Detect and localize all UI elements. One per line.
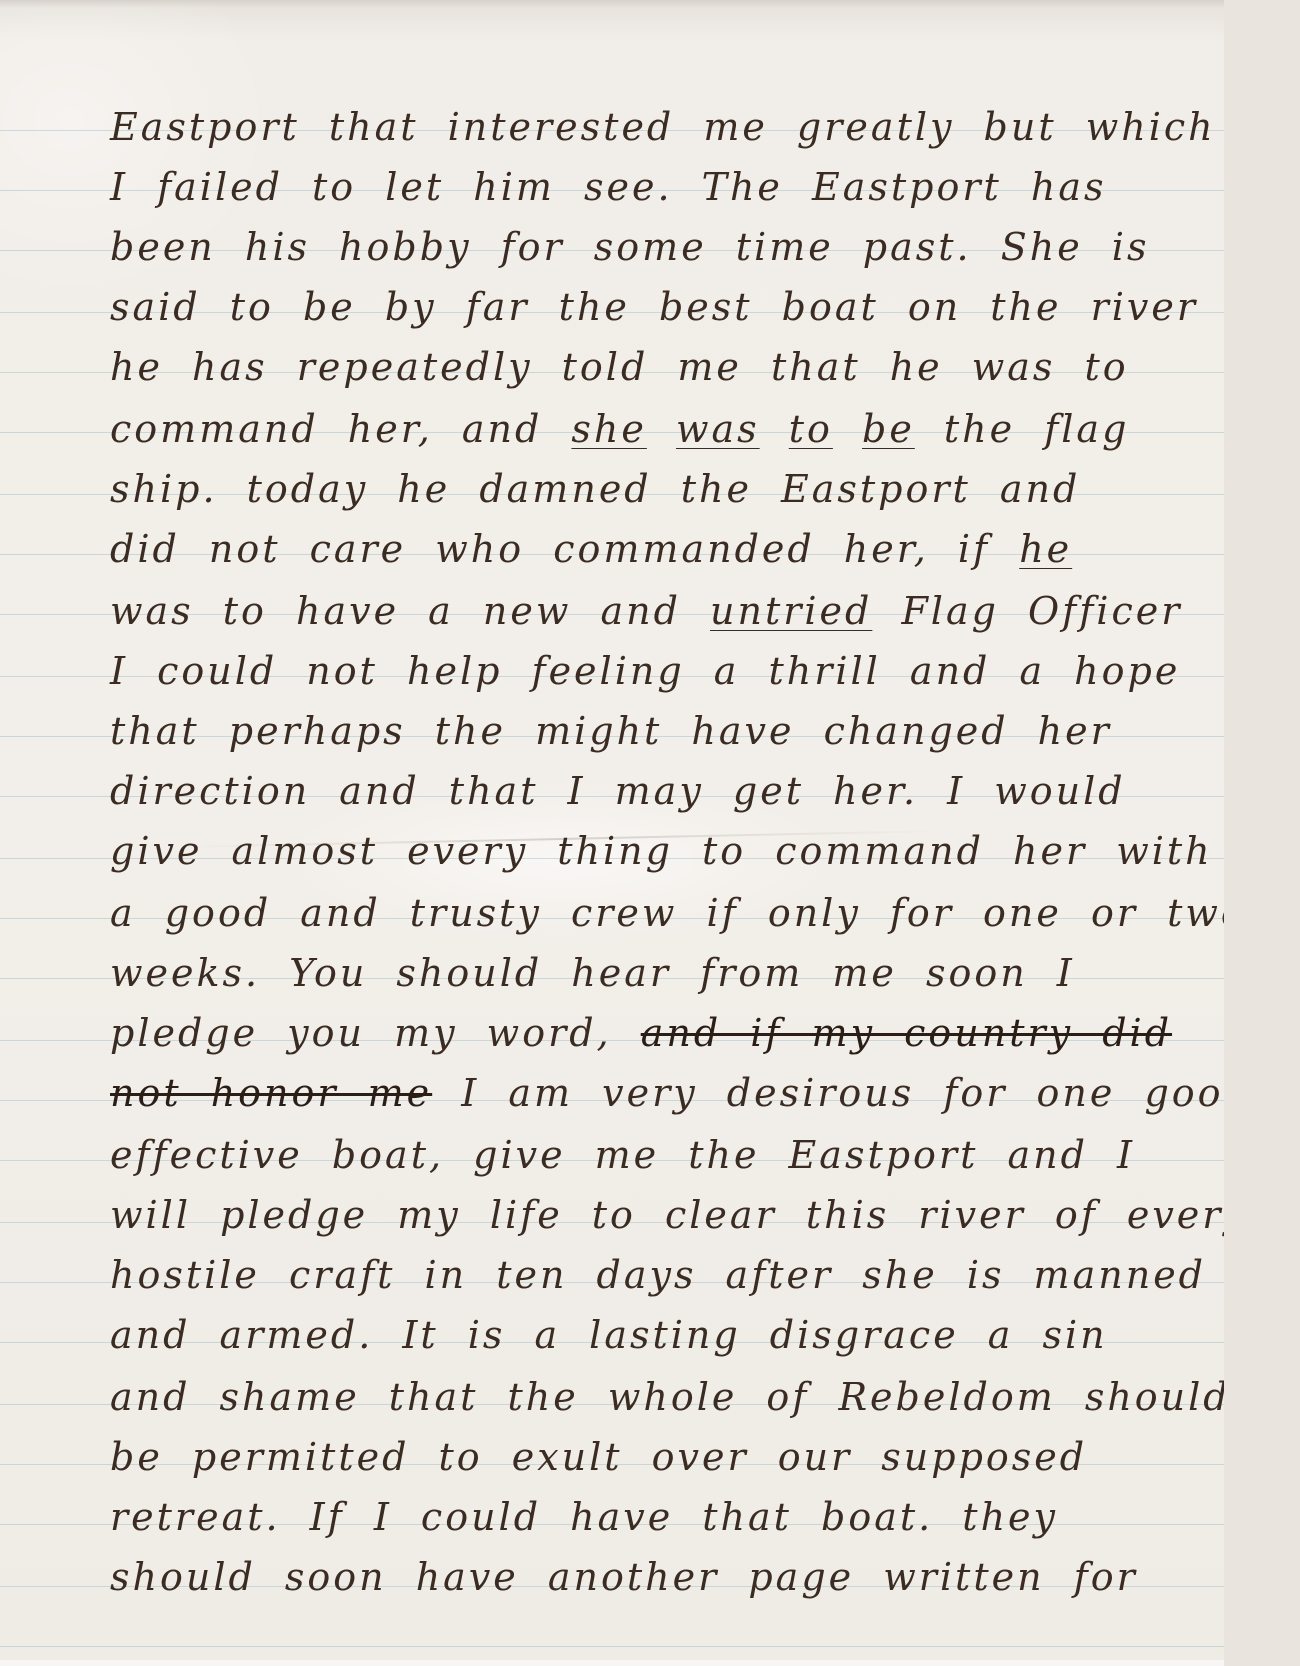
text-line: was to have a new and untried Flag Offic… xyxy=(110,592,1200,630)
text-segment: I failed to let him see. The Eastport ha… xyxy=(110,165,1107,209)
text-segment: said to be by far the best boat on the r… xyxy=(110,285,1198,329)
ruled-line xyxy=(0,1646,1224,1647)
underlined-text: be xyxy=(862,407,915,451)
underlined-text: he xyxy=(1019,527,1072,571)
text-segment: was to have a new and xyxy=(110,589,710,633)
text-line: be permitted to exult over our supposed xyxy=(110,1438,1200,1476)
text-line: retreat. If I could have that boat. they xyxy=(110,1498,1200,1536)
text-line: and shame that the whole of Rebeldom sho… xyxy=(110,1378,1200,1416)
text-line: effective boat, give me the Eastport and… xyxy=(110,1136,1200,1174)
text-line: pledge you my word, and if my country di… xyxy=(110,1014,1200,1052)
underlined-text: she xyxy=(571,407,646,451)
underlined-text: untried xyxy=(710,589,872,633)
text-segment: pledge you my word, xyxy=(110,1011,641,1055)
text-segment: he has repeatedly told me that he was to xyxy=(110,345,1129,389)
text-segment: retreat. If I could have that boat. they xyxy=(110,1495,1058,1539)
text-line: did not care who commanded her, if he xyxy=(110,530,1200,568)
text-segment: give almost every thing to command her w… xyxy=(110,829,1213,873)
text-line: ship. today he damned the Eastport and xyxy=(110,470,1200,508)
text-segment: direction and that I may get her. I woul… xyxy=(110,769,1126,813)
text-segment: hostile craft in ten days after she is m… xyxy=(110,1253,1206,1297)
struck-through-text: not honor me xyxy=(110,1071,432,1115)
letter-page: Eastport that interested me greatly but … xyxy=(0,0,1224,1666)
text-line: I failed to let him see. The Eastport ha… xyxy=(110,168,1200,206)
text-segment: command her, and xyxy=(110,407,571,451)
text-line: hostile craft in ten days after she is m… xyxy=(110,1256,1200,1294)
text-segment: I am very desirous for one good xyxy=(432,1071,1224,1115)
text-line: command her, and she was to be the flag xyxy=(110,410,1200,448)
text-line: said to be by far the best boat on the r… xyxy=(110,288,1200,326)
text-segment: will pledge my life to clear this river … xyxy=(110,1193,1224,1237)
underlined-text: to xyxy=(789,407,833,451)
text-segment: and shame that the whole of Rebeldom sho… xyxy=(110,1375,1224,1419)
text-segment: Eastport that interested me greatly but … xyxy=(110,105,1216,149)
text-segment: the flag xyxy=(915,407,1130,451)
text-line: been his hobby for some time past. She i… xyxy=(110,228,1200,266)
text-segment: Flag Officer xyxy=(872,589,1182,633)
text-segment: been his hobby for some time past. She i… xyxy=(110,225,1149,269)
text-segment: effective boat, give me the Eastport and… xyxy=(110,1133,1135,1177)
text-line: give almost every thing to command her w… xyxy=(110,832,1200,870)
text-segment xyxy=(760,407,789,451)
text-line: should soon have another page written fo… xyxy=(110,1558,1200,1596)
text-segment: that perhaps the might have changed her xyxy=(110,709,1112,753)
text-line: will pledge my life to clear this river … xyxy=(110,1196,1200,1234)
text-segment: should soon have another page written fo… xyxy=(110,1555,1138,1599)
text-line: direction and that I may get her. I woul… xyxy=(110,772,1200,810)
text-segment xyxy=(833,407,862,451)
text-segment: did not care who commanded her, if xyxy=(110,527,1019,571)
text-line: Eastport that interested me greatly but … xyxy=(110,108,1200,146)
text-line: he has repeatedly told me that he was to xyxy=(110,348,1200,386)
struck-through-text: and if my country did xyxy=(641,1011,1172,1055)
text-segment: and armed. It is a lasting disgrace a si… xyxy=(110,1313,1108,1357)
text-line: weeks. You should hear from me soon I xyxy=(110,954,1200,992)
underlined-text: was xyxy=(676,407,760,451)
text-segment: be permitted to exult over our supposed xyxy=(110,1435,1087,1479)
text-line: a good and trusty crew if only for one o… xyxy=(110,894,1200,932)
text-line: and armed. It is a lasting disgrace a si… xyxy=(110,1316,1200,1354)
text-line: I could not help feeling a thrill and a … xyxy=(110,652,1200,690)
text-segment: I could not help feeling a thrill and a … xyxy=(110,649,1180,693)
text-segment xyxy=(647,407,676,451)
text-line: not honor me I am very desirous for one … xyxy=(110,1074,1200,1112)
text-line: that perhaps the might have changed her xyxy=(110,712,1200,750)
paper-top-edge xyxy=(0,0,1224,8)
text-segment: weeks. You should hear from me soon I xyxy=(110,951,1075,995)
paper-bottom-edge xyxy=(0,1660,1224,1666)
text-segment: ship. today he damned the Eastport and xyxy=(110,467,1080,511)
text-segment: a good and trusty crew if only for one o… xyxy=(110,891,1224,935)
